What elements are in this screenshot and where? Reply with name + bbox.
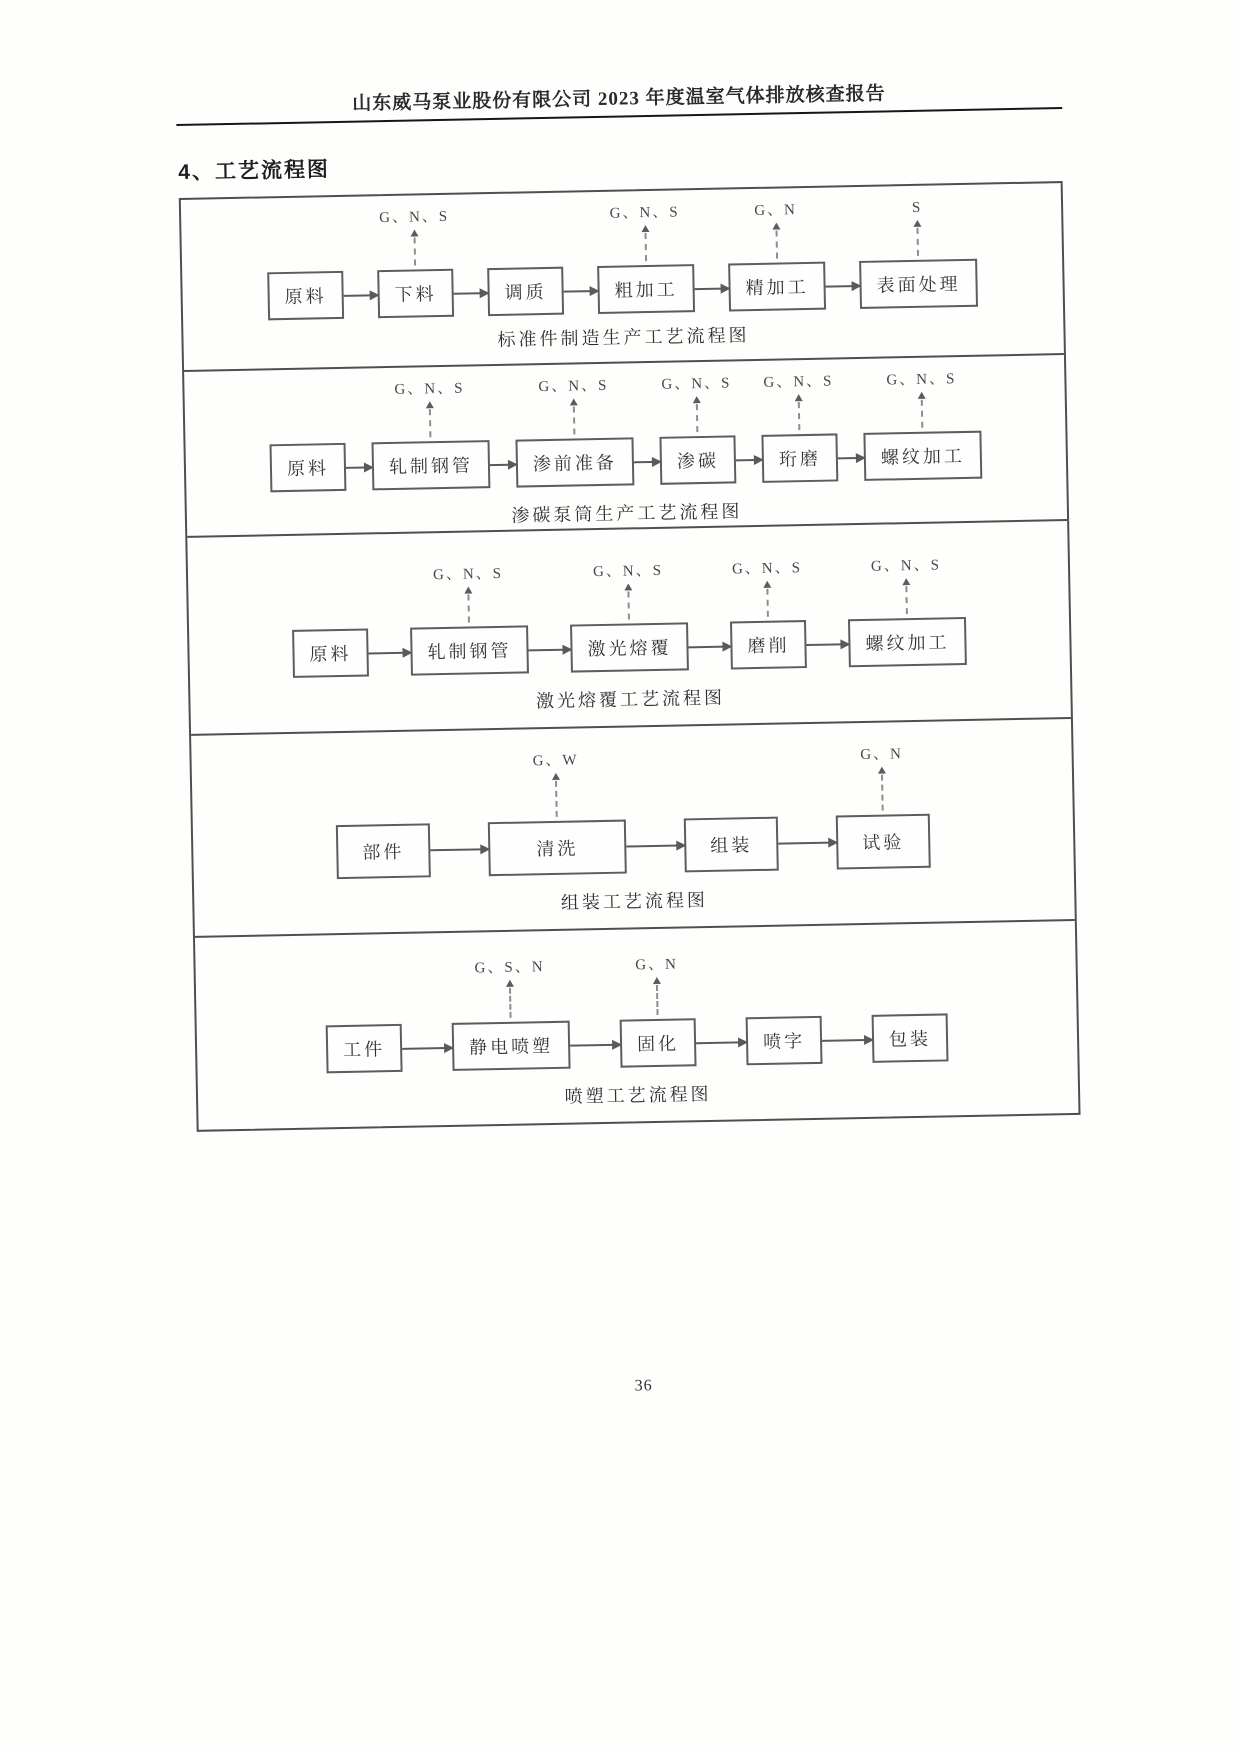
- process-step-box: 螺纹加工: [863, 431, 982, 481]
- up-arrow-icon: [653, 977, 661, 984]
- emission-arrow-line: [429, 409, 432, 437]
- flow-arrow-icon: [528, 649, 570, 652]
- emission-arrow-line: [414, 237, 417, 265]
- section-title: 4、工艺流程图: [178, 139, 1062, 186]
- up-arrow-icon: [410, 229, 418, 236]
- flow-arrow-icon: [564, 290, 598, 293]
- flow-arrow-icon: [806, 643, 848, 646]
- process-step-box: 表面处理: [859, 259, 978, 309]
- emission-arrow-line: [881, 775, 884, 811]
- flow-diagram-panel: 部件G、W清洗组装G、N试验组装工艺流程图: [191, 717, 1075, 936]
- emission-arrow-line: [766, 589, 769, 617]
- emission-arrow-line: [555, 781, 558, 817]
- emission-arrow-line: [627, 591, 630, 619]
- process-node: G、N、S珩磨: [760, 369, 838, 482]
- emission-label: G、S、N: [474, 955, 544, 977]
- flow-row: 原料G、N、S轧制钢管G、N、S渗前准备G、N、S渗碳G、N、S珩磨G、N、S螺…: [184, 355, 1066, 496]
- process-node: 原料: [267, 271, 344, 320]
- flow-arrow-icon: [570, 1044, 620, 1047]
- process-step-box: 试验: [836, 814, 931, 870]
- up-arrow-icon: [913, 220, 921, 227]
- flow-arrow-icon: [696, 1041, 746, 1044]
- process-node: G、N、S激光熔覆: [569, 558, 689, 672]
- process-step-box: 静电喷塑: [452, 1021, 571, 1071]
- process-node: G、N精加工: [727, 198, 826, 312]
- flow-arrow-icon: [688, 646, 730, 649]
- process-node: G、N固化: [618, 952, 696, 1067]
- up-arrow-icon: [426, 401, 434, 408]
- process-step-box: 渗碳: [659, 435, 736, 484]
- flow-diagram-panel: 原料G、N、S轧制钢管G、N、S激光熔覆G、N、S磨削G、N、S螺纹加工激光熔覆…: [187, 519, 1071, 734]
- emission-arrow-line: [921, 400, 924, 428]
- process-step-box: 珩磨: [761, 433, 838, 482]
- emission-label: G、N: [754, 198, 797, 220]
- process-node: 原料: [270, 443, 347, 492]
- flow-arrow-icon: [402, 1047, 452, 1050]
- emission-label: G、N、S: [886, 367, 956, 389]
- process-node: G、W清洗: [486, 748, 626, 877]
- process-step-box: 轧制钢管: [371, 440, 490, 490]
- process-step-box: 原料: [267, 271, 344, 320]
- flow-diagram-panel: 原料G、N、S轧制钢管G、N、S渗前准备G、N、S渗碳G、N、S珩磨G、N、S螺…: [184, 353, 1067, 536]
- process-node: G、N、S下料: [376, 205, 454, 318]
- up-arrow-icon: [902, 578, 910, 585]
- emission-label: G、N、S: [379, 205, 449, 227]
- process-node: G、N、S磨削: [729, 556, 807, 669]
- process-step-box: 原料: [270, 443, 347, 492]
- process-step-box: 组装: [684, 817, 779, 873]
- process-step-box: 螺纹加工: [848, 617, 967, 667]
- emission-label: G、N、S: [661, 371, 731, 393]
- flow-arrow-icon: [822, 1039, 872, 1042]
- emission-label: G、W: [532, 748, 578, 770]
- process-step-box: 工件: [326, 1024, 403, 1073]
- process-node: G、N、S轧制钢管: [409, 561, 529, 675]
- emission-arrow-line: [905, 586, 908, 614]
- emission-arrow-line: [573, 406, 576, 434]
- emission-arrow-line: [644, 233, 647, 261]
- flow-arrow-icon: [490, 464, 516, 466]
- process-step-box: 轧制钢管: [410, 625, 529, 675]
- process-step-box: 下料: [377, 269, 454, 318]
- emission-label: G、N: [860, 742, 903, 764]
- emission-arrow-line: [656, 985, 659, 1015]
- emission-arrow-line: [696, 404, 699, 432]
- up-arrow-icon: [918, 392, 926, 399]
- process-node: G、N试验: [834, 742, 930, 870]
- report-header: 山东威马泵业股份有限公司 2023 年度温室气体排放核查报告: [0, 0, 1240, 122]
- process-step-box: 渗前准备: [515, 437, 634, 487]
- up-arrow-icon: [693, 396, 701, 403]
- process-node: G、S、N静电喷塑: [450, 955, 570, 1071]
- up-arrow-icon: [772, 222, 780, 229]
- process-node: S表面处理: [858, 199, 978, 309]
- process-node: 原料: [292, 628, 369, 677]
- process-node: G、N、S轧制钢管: [370, 376, 490, 490]
- process-step-box: 精加工: [728, 262, 826, 312]
- flow-arrow-icon: [344, 294, 378, 297]
- process-node: G、N、S螺纹加工: [862, 367, 982, 481]
- up-arrow-icon: [878, 767, 886, 774]
- flow-arrow-icon: [838, 457, 864, 459]
- process-node: 部件: [336, 823, 431, 879]
- process-step-box: 部件: [336, 823, 431, 879]
- emission-label: G、N、S: [538, 374, 608, 396]
- flow-row: 原料G、N、S下料调质G、N、S粗加工G、N精加工S表面处理: [181, 183, 1063, 324]
- emission-label: G、N、S: [433, 562, 503, 584]
- up-arrow-icon: [552, 773, 560, 780]
- emission-label: G、N、S: [763, 369, 833, 391]
- flow-row: 部件G、W清洗组装G、N试验: [191, 719, 1074, 884]
- process-step-box: 清洗: [488, 820, 627, 877]
- emission-arrow-line: [798, 402, 801, 430]
- flow-row: 工件G、S、N静电喷塑G、N固化喷字包装: [195, 921, 1078, 1078]
- emission-label: G、N、S: [394, 377, 464, 399]
- process-node: G、N、S渗前准备: [514, 373, 634, 487]
- flow-row: 原料G、N、S轧制钢管G、N、S激光熔覆G、N、S磨削G、N、S螺纹加工: [187, 521, 1070, 682]
- scanned-report-page: 山东威马泵业股份有限公司 2023 年度温室气体排放核查报告 4、工艺流程图 原…: [0, 0, 1242, 1754]
- up-arrow-icon: [506, 980, 514, 987]
- emission-label: G、N: [635, 953, 678, 975]
- process-step-box: 原料: [292, 628, 369, 677]
- process-node: G、N、S螺纹加工: [847, 553, 967, 667]
- up-arrow-icon: [464, 586, 472, 593]
- process-step-box: 包装: [872, 1013, 949, 1062]
- up-arrow-icon: [763, 581, 771, 588]
- emission-label: G、N、S: [732, 556, 802, 578]
- flow-diagram-panel: 原料G、N、S下料调质G、N、S粗加工G、N精加工S表面处理标准件制造生产工艺流…: [181, 183, 1064, 370]
- up-arrow-icon: [570, 398, 578, 405]
- emission-label: G、N、S: [871, 553, 941, 575]
- flow-arrow-icon: [454, 292, 488, 295]
- emission-arrow-line: [775, 231, 778, 259]
- process-node: 调质: [487, 267, 564, 316]
- emission-label: G、N、S: [609, 200, 679, 222]
- flow-arrow-icon: [778, 842, 836, 845]
- process-node: 包装: [872, 1013, 949, 1062]
- flow-arrow-icon: [346, 466, 372, 468]
- up-arrow-icon: [795, 394, 803, 401]
- flow-arrow-icon: [430, 848, 488, 851]
- diagram-stack: 原料G、N、S下料调质G、N、S粗加工G、N精加工S表面处理标准件制造生产工艺流…: [179, 181, 1081, 1132]
- process-node: G、N、S渗碳: [658, 371, 736, 484]
- process-step-box: 固化: [620, 1018, 697, 1067]
- emission-label: S: [912, 200, 923, 217]
- flow-arrow-icon: [736, 459, 762, 461]
- process-node: G、N、S粗加工: [596, 200, 695, 314]
- flow-arrow-icon: [634, 461, 660, 463]
- process-step-box: 喷字: [746, 1016, 823, 1065]
- emission-arrow-line: [467, 595, 470, 623]
- process-step-box: 磨削: [730, 620, 807, 669]
- process-step-box: 粗加工: [597, 264, 695, 314]
- emission-label: G、N、S: [593, 559, 663, 581]
- emission-arrow-line: [916, 228, 919, 256]
- flow-arrow-icon: [826, 285, 860, 288]
- page-number: 36: [23, 1365, 1242, 1407]
- flow-arrow-icon: [695, 287, 729, 290]
- up-arrow-icon: [624, 583, 632, 590]
- page-content: 山东威马泵业股份有限公司 2023 年度温室气体排放核查报告 4、工艺流程图 原…: [0, 0, 1242, 1754]
- process-step-box: 激光熔覆: [570, 622, 689, 672]
- process-node: 喷字: [746, 1016, 823, 1065]
- flow-arrow-icon: [626, 844, 684, 847]
- emission-arrow-line: [509, 988, 512, 1018]
- up-arrow-icon: [641, 225, 649, 232]
- flow-diagram-panel: 工件G、S、N静电喷塑G、N固化喷字包装喷塑工艺流程图: [195, 919, 1079, 1130]
- process-node: 工件: [326, 1024, 403, 1073]
- process-node: 组装: [684, 817, 779, 873]
- flow-arrow-icon: [369, 652, 411, 655]
- process-step-box: 调质: [487, 267, 564, 316]
